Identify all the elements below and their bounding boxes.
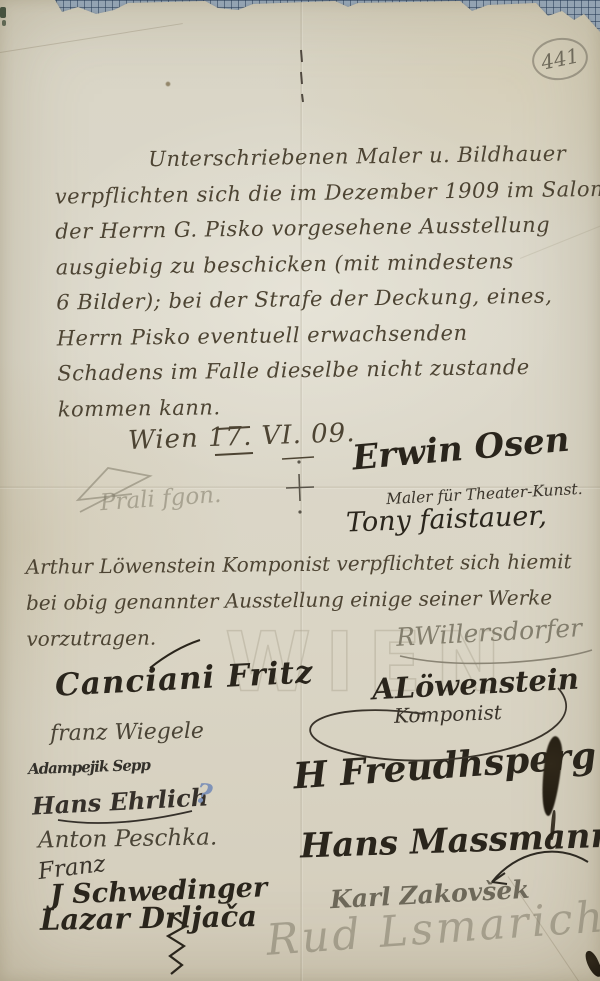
letter-line: 6 Bilder); bei der Strafe der Deckung, e… [56, 278, 566, 321]
archive-number-stamp: 441 [529, 34, 590, 83]
signature-loewenstein: ALöwenstein [371, 665, 579, 705]
signature-sepp: Adampejik Sepp [28, 758, 150, 777]
dateline: Wien 17. VI. 09. [128, 420, 356, 454]
letter-line: Schadens im Falle dieselbe nicht zustand… [57, 349, 567, 392]
signature-wiegele: franz Wiegele [50, 721, 204, 746]
dateline-underline [215, 453, 253, 455]
addendum-line: bei obig genannter Ausstellung einige se… [26, 579, 572, 621]
signature-erwin-osen: Erwin Osen [351, 423, 571, 476]
paper-surface: WIEN 441 Unterschriebenen Maler u. Bildh… [0, 0, 600, 981]
archive-number: 441 [539, 43, 581, 74]
signature-peschka: Anton Peschka. [38, 826, 218, 852]
signature-smarich-faint: Rud Lsmarich [265, 896, 600, 963]
signature-faint-left: Prali fgon. [99, 484, 222, 515]
dateline-dash [282, 457, 314, 459]
letter-body: Unterschriebenen Maler u. Bildhauer verp… [54, 136, 568, 427]
signature-faistauer: Tony faistauer, [346, 503, 548, 537]
crease-top-left [0, 23, 183, 53]
signature-ehrlich: Hans Ehrlich [31, 785, 208, 818]
addendum-line: Arthur Löwenstein Komponist verpflichtet… [25, 543, 571, 585]
paper-sheet: WIEN 441 Unterschriebenen Maler u. Bildh… [0, 0, 600, 981]
ink-blot-corner [583, 949, 600, 979]
blue-question-mark: ? [194, 780, 214, 809]
edge-stain [0, 7, 6, 18]
scanned-document: WIEN 441 Unterschriebenen Maler u. Bildh… [0, 0, 600, 981]
signature-loewenstein-title: Komponist [394, 702, 502, 726]
signature-drljaca: Lazar Drljača [40, 902, 257, 935]
edge-stain [2, 20, 6, 26]
